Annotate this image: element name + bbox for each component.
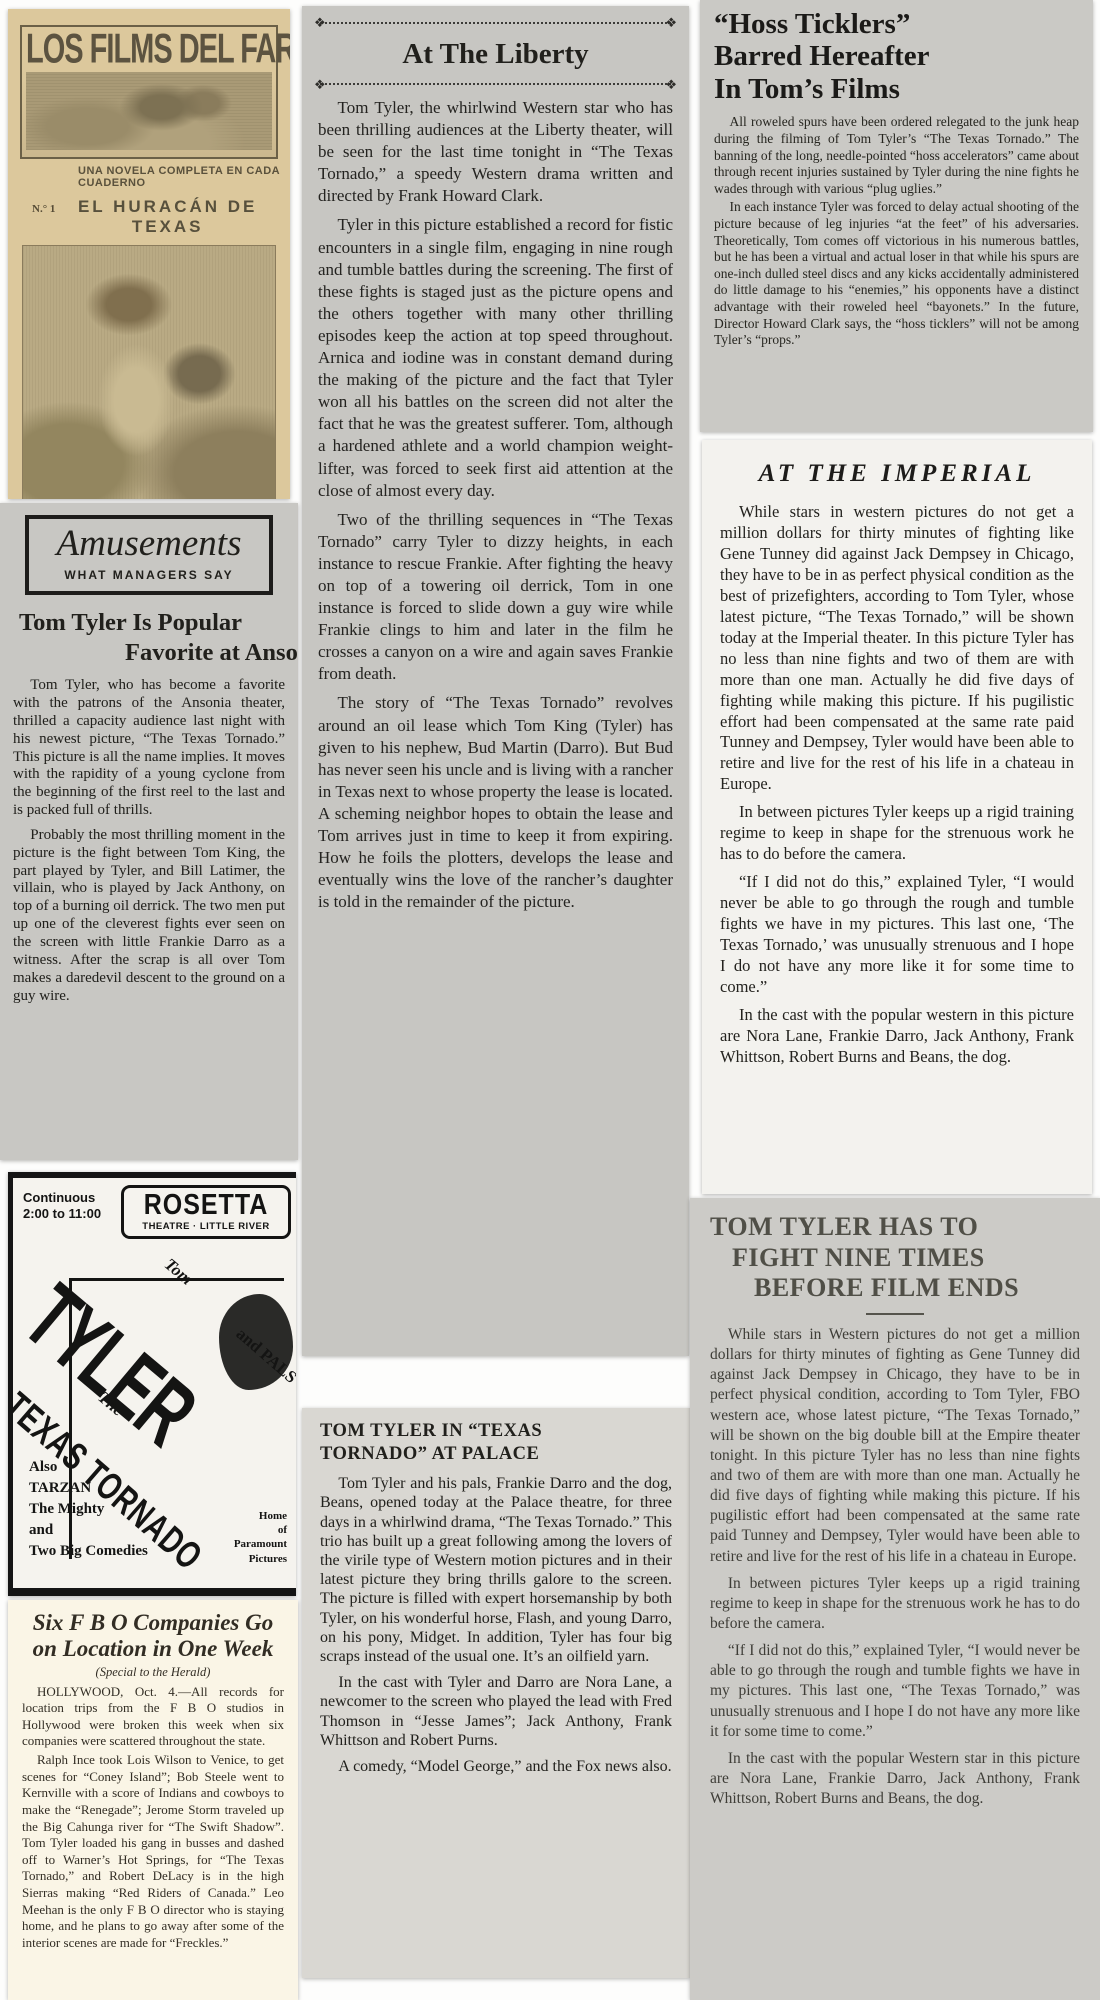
article-paragraph: “If I did not do this,” explained Tyler,… <box>710 1641 1080 1742</box>
press-clippings-collage: LOS FILMS DEL FAR-WEST UNA NOVELA COMPLE… <box>0 0 1100 2000</box>
article-paragraph: Tom Tyler and his pals, Frankie Darro an… <box>320 1474 672 1666</box>
dateline: (Special to the Herald) <box>22 1665 284 1680</box>
clipping-amusements-ansonia: Amusements WHAT MANAGERS SAY Tom Tyler I… <box>0 503 298 1160</box>
article-headline: At The Liberty <box>320 38 671 71</box>
article-paragraph: In the cast with the popular Western sta… <box>710 1749 1080 1809</box>
paramount-tagline: Home of Paramount Pictures <box>234 1509 287 1566</box>
ornament-icon: ❖ <box>665 78 677 91</box>
clipping-fight-nine-times: TOM TYLER HAS TO FIGHT NINE TIMES BEFORE… <box>690 1198 1100 2000</box>
cover-title: EL HURACÁN DE TEXAS <box>55 197 280 237</box>
article-paragraph: Tyler in this picture established a reco… <box>318 214 673 501</box>
theatre-name-box: ROSETTA THEATRE · LITTLE RIVER <box>121 1185 291 1239</box>
article-paragraph: Two of the thrilling sequences in “The T… <box>318 509 673 686</box>
headline-line: Barred Hereafter <box>714 40 1079 72</box>
headline-line: Favorite at Ansonia <box>125 639 285 667</box>
clipping-rosetta-theatre-ad: Continuous 2:00 to 11:00 ROSETTA THEATRE… <box>8 1172 296 1596</box>
ornament-icon: ❖ <box>665 16 677 29</box>
headline-line: “Hoss Ticklers” <box>714 8 1079 40</box>
clipping-los-films-cover: LOS FILMS DEL FAR-WEST UNA NOVELA COMPLE… <box>8 9 290 499</box>
liberty-header-box: ❖ ❖ ❖ ❖ At The Liberty <box>320 22 671 85</box>
clipping-hoss-ticklers: “Hoss Ticklers” Barred Hereafter In Tom’… <box>700 0 1093 432</box>
headline-line: BEFORE FILM ENDS <box>754 1273 1080 1304</box>
article-paragraph: The story of “The Texas Tornado” revolve… <box>318 692 673 913</box>
ornament-icon: ❖ <box>314 16 326 29</box>
headline-line: TOM TYLER IN “TEXAS <box>320 1420 672 1443</box>
article-paragraph: Probably the most thrilling moment in th… <box>13 827 285 1005</box>
headline-line: FIGHT NINE TIMES <box>732 1243 1080 1274</box>
article-paragraph: While stars in western pictures do not g… <box>720 502 1074 795</box>
article-paragraph: In between pictures Tyler keeps up a rig… <box>710 1574 1080 1634</box>
article-paragraph: Ralph Ince took Lois Wilson to Venice, t… <box>22 1752 284 1952</box>
cover-photo <box>22 245 276 499</box>
amusements-box: Amusements WHAT MANAGERS SAY <box>25 515 273 595</box>
also-playing-list: Also TARZAN The Mighty and Two Big Comed… <box>29 1457 148 1562</box>
article-headline: AT THE IMPERIAL <box>720 460 1074 488</box>
section-title: Amusements <box>33 525 265 564</box>
issue-number: N.° 1 <box>32 203 55 215</box>
magazine-masthead: LOS FILMS DEL FAR-WEST <box>26 26 272 74</box>
issue-row: N.° 1 EL HURACÁN DE TEXAS <box>18 197 280 237</box>
article-paragraph: In each instance Tyler was forced to del… <box>714 199 1079 348</box>
masthead-box: LOS FILMS DEL FAR-WEST <box>20 25 278 159</box>
article-paragraph: All roweled spurs have been ordered rele… <box>714 114 1079 197</box>
clipping-at-the-imperial: AT THE IMPERIAL While stars in western p… <box>702 440 1092 1194</box>
clipping-palace: TOM TYLER IN “TEXAS TORNADO” AT PALACE T… <box>302 1408 690 1978</box>
article-paragraph: While stars in Western pictures do not g… <box>710 1325 1080 1567</box>
headline-line: TOM TYLER HAS TO <box>710 1212 1080 1243</box>
article-paragraph: “If I did not do this,” explained Tyler,… <box>720 872 1074 998</box>
article-paragraph: Tom Tyler, who has become a favorite wit… <box>13 677 285 820</box>
ornament-icon: ❖ <box>314 78 326 91</box>
headline-line: Six F B O Companies Go <box>22 1610 284 1636</box>
clipping-fbo-location: Six F B O Companies Go on Location in On… <box>8 1600 298 2000</box>
riders-illustration <box>26 72 272 150</box>
theatre-location: THEATRE · LITTLE RIVER <box>128 1221 284 1232</box>
clipping-at-the-liberty: ❖ ❖ ❖ ❖ At The Liberty Tom Tyler, the wh… <box>302 6 689 1356</box>
article-paragraph: HOLLYWOOD, Oct. 4.—All records for locat… <box>22 1684 284 1751</box>
article-paragraph: In between pictures Tyler keeps up a rig… <box>720 802 1074 865</box>
article-paragraph: In the cast with the popular western in … <box>720 1005 1074 1068</box>
article-paragraph: A comedy, “Model George,” and the Fox ne… <box>320 1757 672 1776</box>
theatre-name: ROSETTA <box>128 1189 284 1222</box>
cover-banner: UNA NOVELA COMPLETA EN CADA CUADERNO <box>78 165 280 189</box>
section-subtitle: WHAT MANAGERS SAY <box>33 568 265 582</box>
headline-line: Tom Tyler Is Popular <box>19 609 285 637</box>
headline-line: In Tom’s Films <box>714 73 1079 105</box>
showtimes: Continuous 2:00 to 11:00 <box>23 1190 101 1223</box>
headline-line: on Location in One Week <box>22 1636 284 1662</box>
headline-line: TORNADO” AT PALACE <box>320 1443 672 1466</box>
article-paragraph: In the cast with Tyler and Darro are Nor… <box>320 1673 672 1750</box>
headline-divider <box>866 1313 924 1315</box>
article-paragraph: Tom Tyler, the whirlwind Western star wh… <box>318 97 673 207</box>
